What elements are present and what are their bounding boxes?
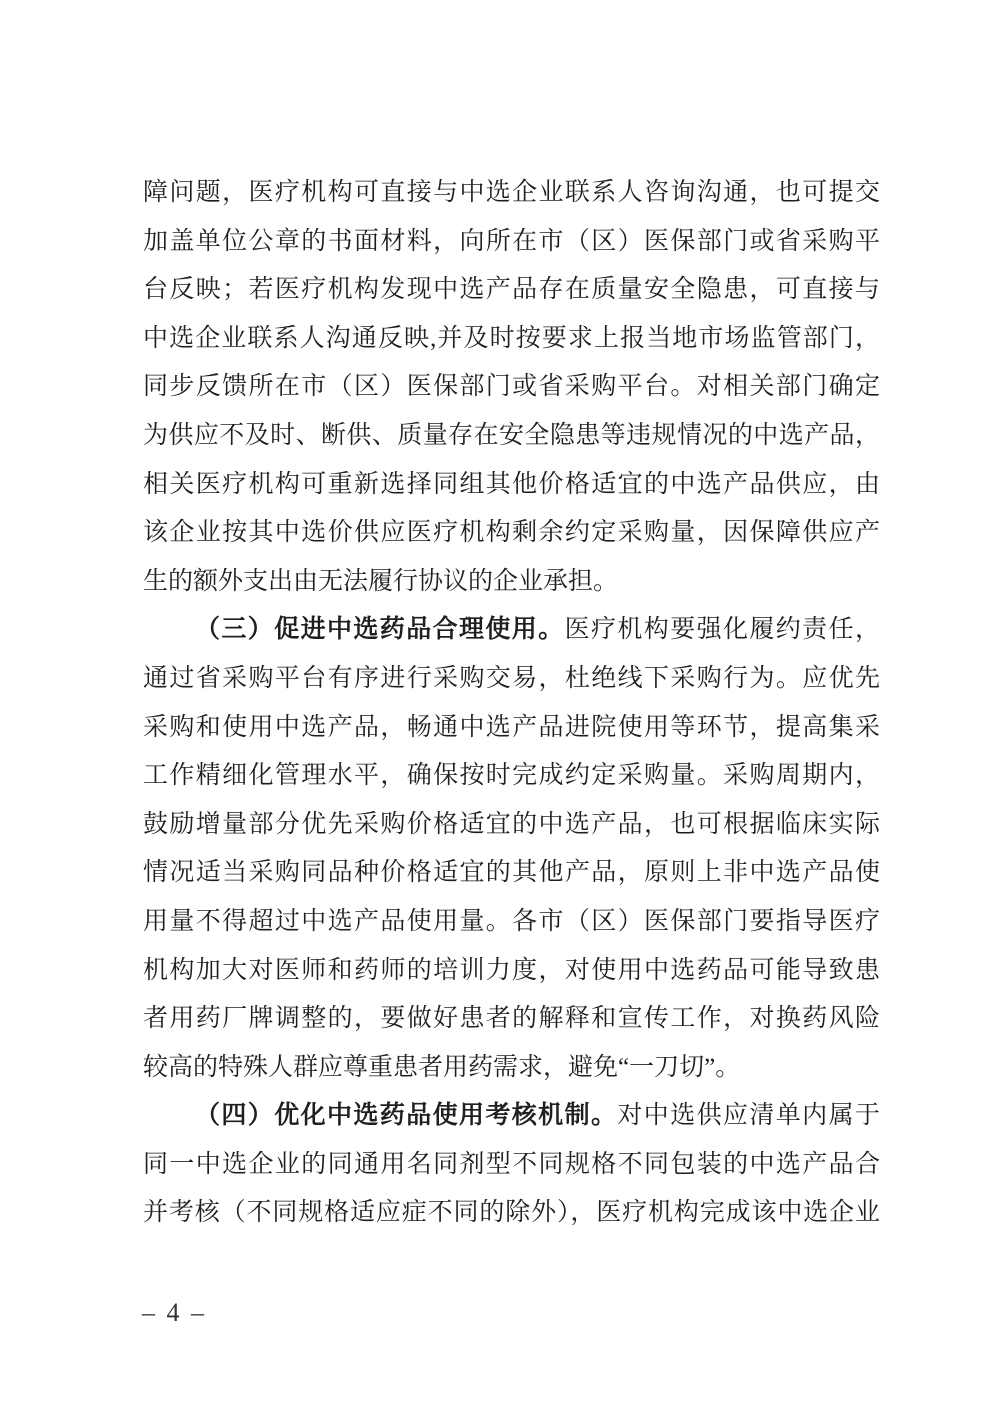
text-run: 鼓励增量部分优先采购价格适宜的中选产品，也可根据临床实际 [143,811,880,838]
text-run: 相关医疗机构可重新选择同组其他价格适宜的中选产品供应，由 [143,471,880,498]
text-line: 中选企业联系人沟通反映,并及时按要求上报当地市场监管部门， [143,315,880,364]
section-heading-run: （三）促进中选药品合理使用。 [195,616,565,643]
text-run: 用量不得超过中选产品使用量。各市（区）医保部门要指导医疗 [143,908,880,935]
text-line: 同步反馈所在市（区）医保部门或省采购平台。对相关部门确定 [143,363,880,412]
text-line: 为供应不及时、断供、质量存在安全隐患等违规情况的中选产品， [143,412,880,461]
text-run: 中选企业联系人沟通反映,并及时按要求上报当地市场监管部门， [143,325,880,352]
text-run: 台反映；若医疗机构发现中选产品存在质量安全隐患，可直接与 [143,276,880,303]
page-number: – 4 – [142,1298,207,1328]
text-run: 加盖单位公章的书面材料，向所在市（区）医保部门或省采购平 [143,228,880,255]
text-run: 医疗机构要强化履约责任， [565,616,880,643]
text-line: 同一中选企业的同通用名同剂型不同规格不同包装的中选产品合 [143,1141,880,1190]
text-run: 为供应不及时、断供、质量存在安全隐患等违规情况的中选产品， [143,422,880,449]
text-line: 鼓励增量部分优先采购价格适宜的中选产品，也可根据临床实际 [143,801,880,850]
text-run: 对中选供应清单内属于 [617,1102,880,1129]
text-line: 用量不得超过中选产品使用量。各市（区）医保部门要指导医疗 [143,898,880,947]
text-run: 同步反馈所在市（区）医保部门或省采购平台。对相关部门确定 [143,373,880,400]
text-run: 采购和使用中选产品，畅通中选产品进院使用等环节，提高集采 [143,714,880,741]
text-run: 通过省采购平台有序进行采购交易，杜绝线下采购行为。应优先 [143,665,880,692]
text-line: 台反映；若医疗机构发现中选产品存在质量安全隐患，可直接与 [143,266,880,315]
text-run: 者用药厂牌调整的，要做好患者的解释和宣传工作，对换药风险 [143,1005,880,1032]
text-line: 障问题，医疗机构可直接与中选企业联系人咨询沟通，也可提交 [143,169,880,218]
text-line: （三）促进中选药品合理使用。医疗机构要强化履约责任， [143,606,880,655]
text-line: 加盖单位公章的书面材料，向所在市（区）医保部门或省采购平 [143,218,880,267]
text-run: 机构加大对医师和药师的培训力度，对使用中选药品可能导致患 [143,957,880,984]
text-line: 并考核（不同规格适应症不同的除外），医疗机构完成该中选企业 [143,1189,880,1238]
text-line: 相关医疗机构可重新选择同组其他价格适宜的中选产品供应，由 [143,461,880,510]
document-page: 障问题，医疗机构可直接与中选企业联系人咨询沟通，也可提交加盖单位公章的书面材料，… [0,0,1000,1415]
text-run: 生的额外支出由无法履行协议的企业承担。 [143,568,618,595]
text-line: 工作精细化管理水平，确保按时完成约定采购量。采购周期内， [143,752,880,801]
text-run: 障问题，医疗机构可直接与中选企业联系人咨询沟通，也可提交 [143,179,880,206]
text-run: 工作精细化管理水平，确保按时完成约定采购量。采购周期内， [143,762,880,789]
text-run: 并考核（不同规格适应症不同的除外），医疗机构完成该中选企业 [143,1199,880,1226]
text-line: 者用药厂牌调整的，要做好患者的解释和宣传工作，对换药风险 [143,995,880,1044]
text-run: 较高的特殊人群应尊重患者用药需求，避免“一刀切”。 [143,1054,740,1081]
text-line: 生的额外支出由无法履行协议的企业承担。 [143,558,880,607]
text-run: 该企业按其中选价供应医疗机构剩余约定采购量，因保障供应产 [143,519,880,546]
text-run: 情况适当采购同品种价格适宜的其他产品，原则上非中选产品使 [143,859,880,886]
text-line: （四）优化中选药品使用考核机制。对中选供应清单内属于 [143,1092,880,1141]
text-line: 该企业按其中选价供应医疗机构剩余约定采购量，因保障供应产 [143,509,880,558]
text-line: 较高的特殊人群应尊重患者用药需求，避免“一刀切”。 [143,1044,880,1093]
section-heading-run: （四）优化中选药品使用考核机制。 [195,1102,617,1129]
text-line: 通过省采购平台有序进行采购交易，杜绝线下采购行为。应优先 [143,655,880,704]
text-line: 情况适当采购同品种价格适宜的其他产品，原则上非中选产品使 [143,849,880,898]
document-body: 障问题，医疗机构可直接与中选企业联系人咨询沟通，也可提交加盖单位公章的书面材料，… [143,169,880,1238]
text-line: 机构加大对医师和药师的培训力度，对使用中选药品可能导致患 [143,947,880,996]
text-line: 采购和使用中选产品，畅通中选产品进院使用等环节，提高集采 [143,704,880,753]
text-run: 同一中选企业的同通用名同剂型不同规格不同包装的中选产品合 [143,1151,880,1178]
